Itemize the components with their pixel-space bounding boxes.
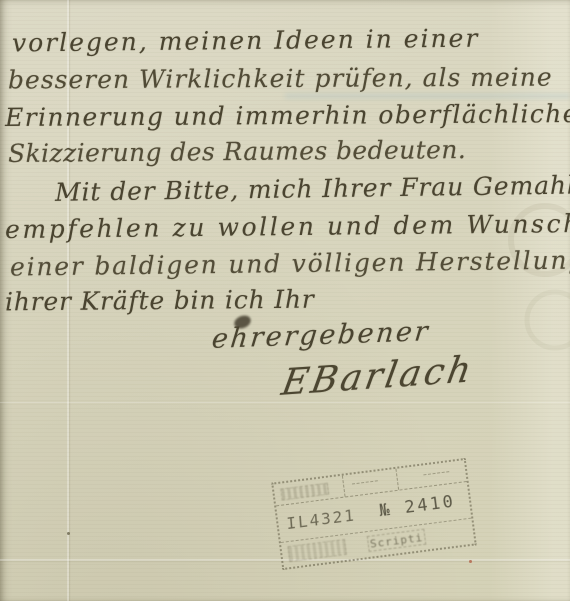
stamp-inventory-number: IL4321 <box>286 505 357 533</box>
letter-page: vorlegen, meinen Ideen in einer besseren… <box>0 0 570 601</box>
handwriting-line-2: besseren Wirklichkeit prüfen, als meine <box>8 63 553 95</box>
stamp-faint-box <box>287 539 347 562</box>
handwriting-line-6: empfehlen zu wollen und dem Wunsch <box>5 209 570 244</box>
archive-stamp: IL4321 № 2410 Scripti <box>271 458 477 570</box>
handwriting-line-7: einer baldigen und völligen Herstellung <box>10 245 570 281</box>
stamp-divider-line <box>342 476 346 497</box>
paper-speck <box>67 532 70 535</box>
signature: EBarlach <box>279 349 478 404</box>
handwriting-line-5: Mit der Bitte, mich Ihrer Frau Gemahlin <box>55 170 570 207</box>
stamp-illegible-marks <box>280 483 329 501</box>
red-speck <box>469 560 472 563</box>
handwriting-line-3: Erinnerung und immerhin oberflächliche <box>5 99 570 132</box>
stamp-dash-mark <box>352 480 378 484</box>
handwriting-line-1: vorlegen, meinen Ideen in einer <box>12 24 480 58</box>
stamp-dash-mark <box>423 471 449 475</box>
handwriting-line-4: Skizzierung des Raumes bedeuten. <box>8 135 466 168</box>
stamp-divider-line <box>395 469 399 490</box>
paper-discoloration-streak <box>285 93 570 99</box>
closing-line: ehrergebener <box>210 316 431 355</box>
handwriting-line-8: ihrer Kräfte bin ich Ihr <box>5 285 315 317</box>
stamp-faint-label: Scripti <box>367 529 427 552</box>
stamp-numero: № 2410 <box>378 492 456 522</box>
